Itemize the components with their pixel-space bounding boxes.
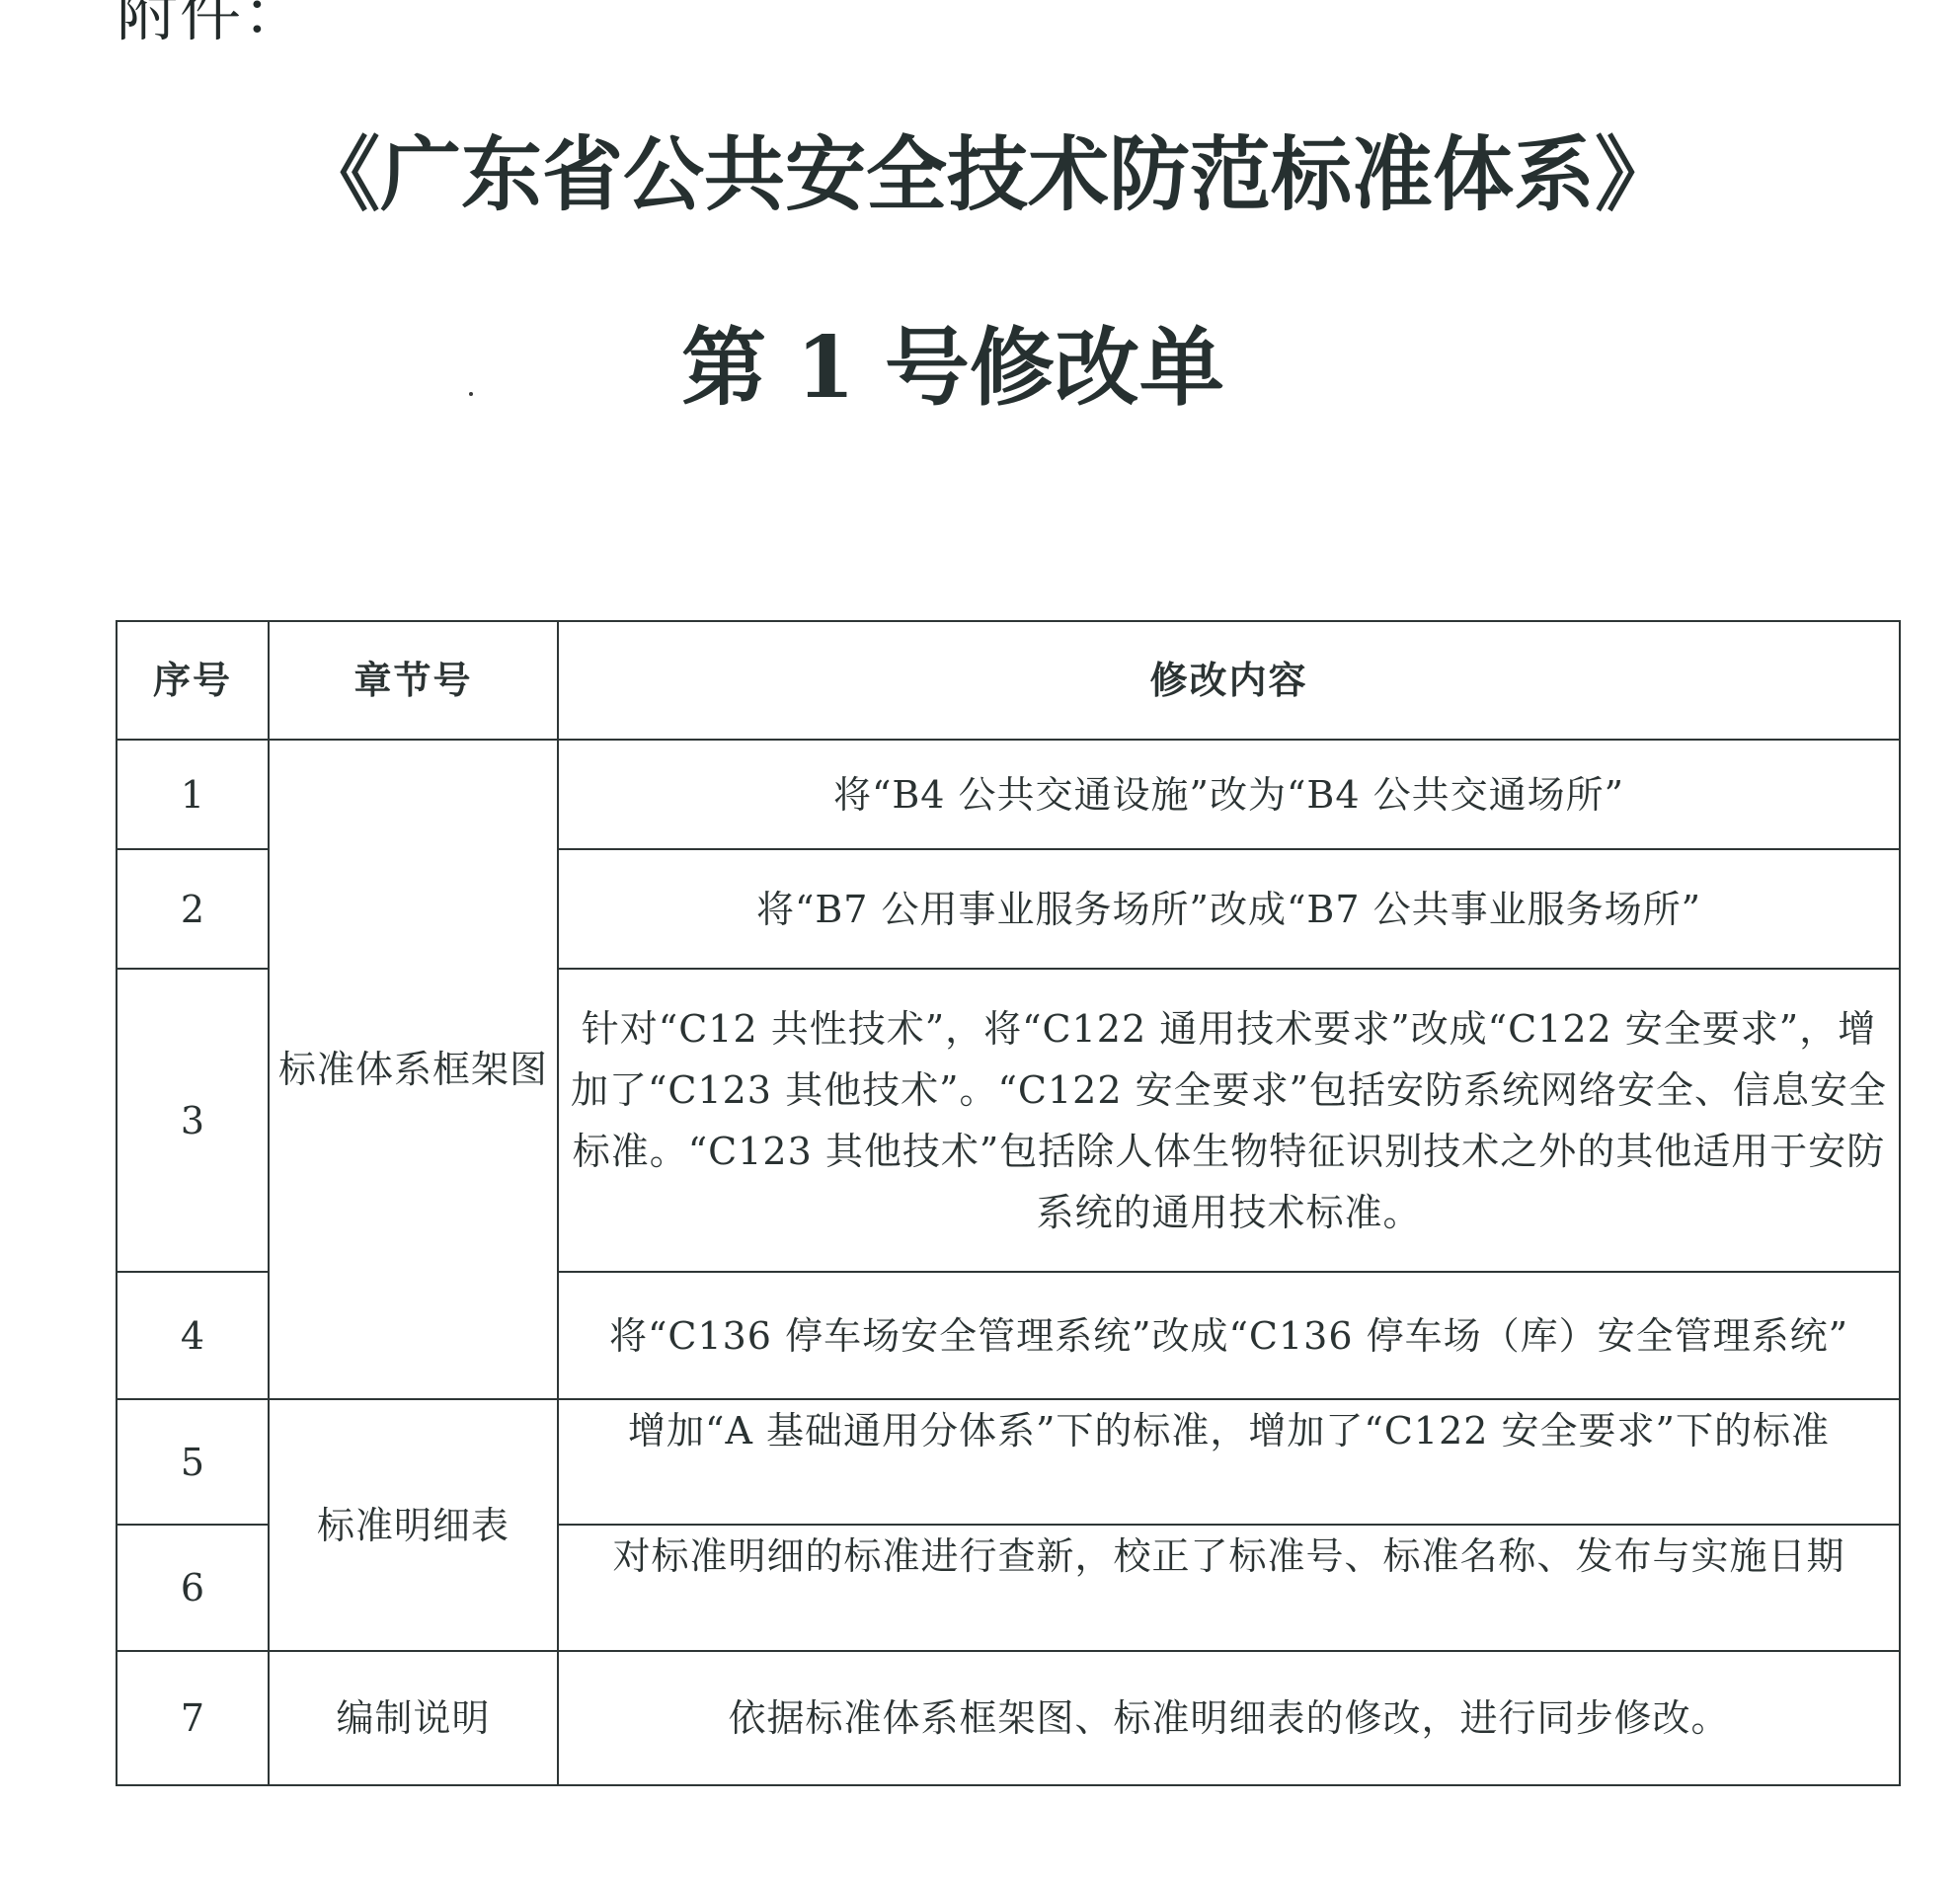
header-seq: 序号 <box>117 621 269 740</box>
section-cell-framework: 标准体系框架图 <box>269 740 558 1399</box>
section-cell-detail-table: 标准明细表 <box>269 1399 558 1651</box>
row-content: 依据标准体系框架图、标准明细表的修改，进行同步修改。 <box>558 1651 1900 1785</box>
header-content: 修改内容 <box>558 621 1900 740</box>
scan-speck <box>469 392 473 396</box>
document-title: 《广东省公共安全技术防范标准体系》 <box>0 111 1960 239</box>
row-content: 对标准明细的标准进行查新，校正了标准号、标准名称、发布与实施日期 <box>558 1525 1900 1651</box>
attachment-label: 附件： <box>117 0 306 49</box>
table-row: 5 标准明细表 增加“A 基础通用分体系”下的标准，增加了“C122 安全要求”… <box>117 1399 1900 1525</box>
amendment-table: 序号 章节号 修改内容 1 标准体系框架图 将“B4 公共交通设施”改为“B4 … <box>116 620 1901 1786</box>
row-content: 将“B4 公共交通设施”改为“B4 公共交通场所” <box>558 740 1900 849</box>
row-seq: 6 <box>117 1525 269 1651</box>
table-row: 7 编制说明 依据标准体系框架图、标准明细表的修改，进行同步修改。 <box>117 1651 1900 1785</box>
header-section: 章节号 <box>269 621 558 740</box>
row-content: 将“C136 停车场安全管理系统”改成“C136 停车场（库）安全管理系统” <box>558 1272 1900 1399</box>
table-header-row: 序号 章节号 修改内容 <box>117 621 1900 740</box>
section-cell-compilation-notes: 编制说明 <box>269 1651 558 1785</box>
document-subtitle: 第 1 号修改单 <box>0 304 1906 432</box>
row-seq: 1 <box>117 740 269 849</box>
row-seq: 4 <box>117 1272 269 1399</box>
row-content: 将“B7 公用事业服务场所”改成“B7 公共事业服务场所” <box>558 849 1900 969</box>
row-seq: 3 <box>117 969 269 1272</box>
table-row: 1 标准体系框架图 将“B4 公共交通设施”改为“B4 公共交通场所” <box>117 740 1900 849</box>
row-seq: 2 <box>117 849 269 969</box>
row-content: 增加“A 基础通用分体系”下的标准，增加了“C122 安全要求”下的标准 <box>558 1399 1900 1525</box>
row-content: 针对“C12 共性技术”，将“C122 通用技术要求”改成“C122 安全要求”… <box>558 969 1900 1272</box>
row-seq: 5 <box>117 1399 269 1525</box>
row-seq: 7 <box>117 1651 269 1785</box>
